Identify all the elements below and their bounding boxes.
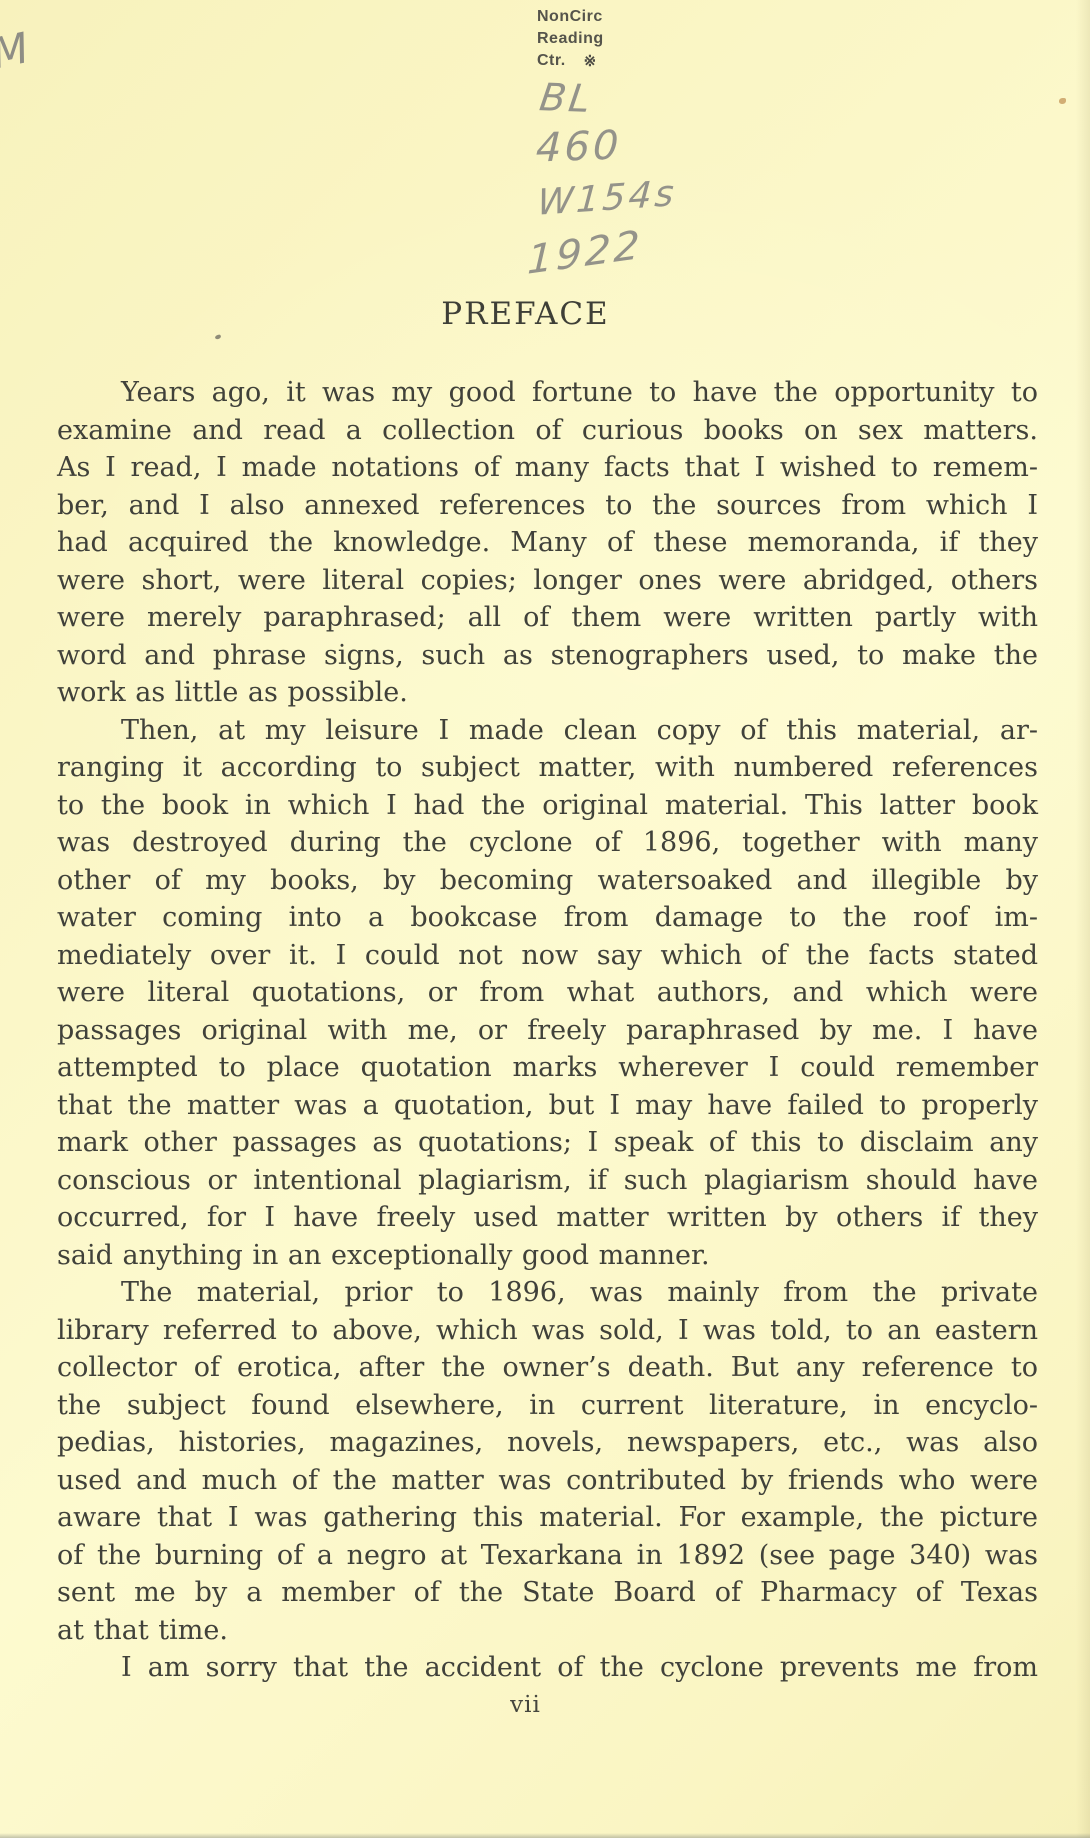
page-title: PREFACE [35, 296, 1016, 332]
text-line: sent me by a member of the State Board o… [57, 1574, 1038, 1612]
text-line: examine and read a collection of curious… [57, 412, 1038, 450]
stamp-line: NonCirc [537, 6, 604, 28]
call-number-line: 460 [535, 123, 622, 172]
text-line: Years ago, it was my good fortune to hav… [57, 374, 1038, 412]
text-line: was destroyed during the cyclone of 1896… [57, 824, 1038, 862]
call-number-line: BL [537, 75, 596, 121]
text-line: said anything in an exceptionally good m… [57, 1237, 1038, 1275]
text-line: the subject found elsewhere, in current … [57, 1387, 1038, 1425]
text-line: Then, at my leisure I made clean copy of… [57, 712, 1038, 750]
body-text: Years ago, it was my good fortune to hav… [57, 374, 1038, 1687]
text-line: were merely paraphrased; all of them wer… [57, 599, 1038, 637]
text-line: ber, and I also annexed references to th… [57, 487, 1038, 525]
scanned-book-page: NonCirc Reading Ctr.※ M BL 460 W154s 192… [0, 0, 1090, 1838]
text-line: water coming into a bookcase from damage… [57, 899, 1038, 937]
text-line: ranging it according to subject matter, … [57, 749, 1038, 787]
text-line: work as little as possible. [57, 674, 1038, 712]
library-stamp: NonCirc Reading Ctr.※ [537, 6, 604, 72]
text-line: mark other passages as quotations; I spe… [57, 1124, 1038, 1162]
stamp-text: Reading [537, 30, 604, 47]
text-line: I am sorry that the accident of the cycl… [57, 1649, 1038, 1687]
stamp-line: Reading [537, 28, 604, 50]
text-line: were literal quotations, or from what au… [57, 974, 1038, 1012]
text-line: passages original with me, or freely par… [57, 1012, 1038, 1050]
stamp-line: Ctr.※ [537, 50, 604, 72]
scan-edge-shadow [1076, 0, 1090, 1838]
text-line: to the book in which I had the original … [57, 787, 1038, 825]
text-line: were short, were literal copies; longer … [57, 562, 1038, 600]
page-number: vii [35, 1692, 1016, 1718]
text-line: conscious or intentional plagiarism, if … [57, 1162, 1038, 1200]
text-line: used and much of the matter was contribu… [57, 1462, 1038, 1500]
stamp-text: NonCirc [537, 8, 603, 25]
text-line: of the burning of a negro at Texarkana i… [57, 1537, 1038, 1575]
stamp-text: Ctr. [537, 52, 566, 69]
text-line: attempted to place quotation marks where… [57, 1049, 1038, 1087]
text-line: at that time. [57, 1612, 1038, 1650]
text-line: occurred, for I have freely used matter … [57, 1199, 1038, 1237]
text-line: The material, prior to 1896, was mainly … [57, 1274, 1038, 1312]
text-line: that the matter was a quotation, but I m… [57, 1087, 1038, 1125]
pencil-corner-mark: M [0, 22, 36, 78]
call-number-line: W154s [536, 173, 678, 224]
scan-edge-shadow [0, 1833, 1090, 1838]
call-number-line: 1922 [526, 222, 643, 283]
text-line: word and phrase signs, such as stenograp… [57, 637, 1038, 675]
paper-speck [214, 334, 221, 340]
text-line: other of my books, by becoming watersoak… [57, 862, 1038, 900]
stamp-mark-icon: ※ [584, 51, 597, 73]
text-line: mediately over it. I could not now say w… [57, 937, 1038, 975]
text-line: collector of erotica, after the owner’s … [57, 1349, 1038, 1387]
text-line: library referred to above, which was sol… [57, 1312, 1038, 1350]
text-line: had acquired the knowledge. Many of thes… [57, 524, 1038, 562]
text-line: pedias, histories, magazines, novels, ne… [57, 1424, 1038, 1462]
text-line: As I read, I made notations of many fact… [57, 449, 1038, 487]
paper-speck [1059, 98, 1066, 104]
text-line: aware that I was gathering this material… [57, 1499, 1038, 1537]
